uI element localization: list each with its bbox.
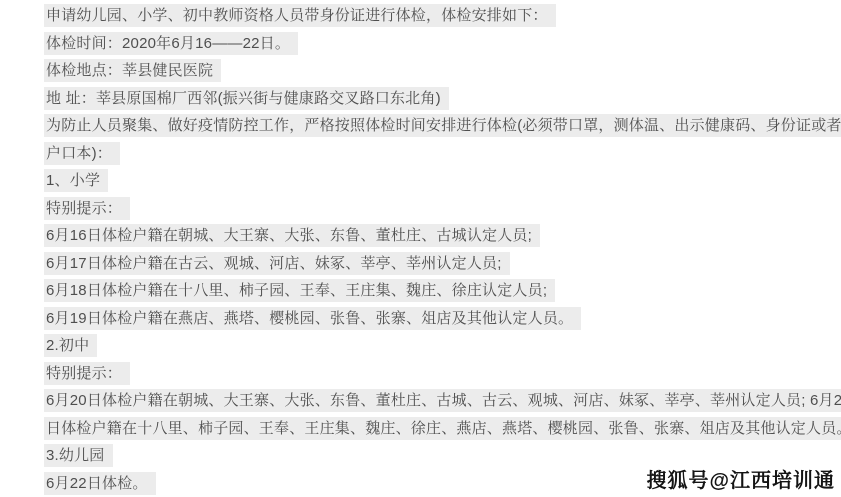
article-line-text: 体检时间：2020年6月16——22日。 — [44, 32, 298, 55]
article-line: 体检地点：莘县健民医院 — [44, 57, 841, 85]
watermark-text: 搜狐号@江西培训通 — [646, 470, 835, 492]
article-line: 6月19日体检户籍在燕店、燕塔、樱桃园、张鲁、张寨、俎店及其他认定人员。 — [44, 305, 841, 333]
article-line: 2.初中 — [44, 332, 841, 360]
article-line-text: 6月18日体检户籍在十八里、柿子园、王奉、王庄集、魏庄、徐庄认定人员; — [44, 279, 555, 302]
article-line-text: 6月22日体检。 — [44, 472, 156, 495]
article-line-text: 户口本)： — [44, 142, 120, 165]
article-line: 6月18日体检户籍在十八里、柿子园、王奉、王庄集、魏庄、徐庄认定人员; — [44, 277, 841, 305]
article-line-text: 为防止人员聚集、做好疫情防控工作，严格按照体检时间安排进行体检(必须带口罩，测体… — [44, 114, 841, 137]
article-line-text: 日体检户籍在十八里、柿子园、王奉、王庄集、魏庄、徐庄、燕店、燕塔、樱桃园、张鲁、… — [44, 417, 841, 440]
article-line: 6月16日体检户籍在朝城、大王寨、大张、东鲁、董杜庄、古城认定人员; — [44, 222, 841, 250]
article-line-text: 地 址：莘县原国棉厂西邻(振兴街与健康路交叉路口东北角) — [44, 87, 449, 110]
article-line: 户口本)： — [44, 140, 841, 168]
article-line: 申请幼儿园、小学、初中教师资格人员带身份证进行体检，体检安排如下： — [44, 2, 841, 30]
article-line: 6月20日体检户籍在朝城、大王寨、大张、东鲁、董杜庄、古城、古云、观城、河店、妹… — [44, 387, 841, 415]
article-line-text: 2.初中 — [44, 334, 97, 357]
article-body: 申请幼儿园、小学、初中教师资格人员带身份证进行体检，体检安排如下：体检时间：20… — [0, 0, 841, 497]
article-line-text: 体检地点：莘县健民医院 — [44, 59, 221, 82]
article-line: 地 址：莘县原国棉厂西邻(振兴街与健康路交叉路口东北角) — [44, 85, 841, 113]
article-line-text: 6月17日体检户籍在古云、观城、河店、妹冢、莘亭、莘州认定人员; — [44, 252, 510, 275]
article-line-text: 6月16日体检户籍在朝城、大王寨、大张、东鲁、董杜庄、古城认定人员; — [44, 224, 540, 247]
article-line-text: 1、小学 — [44, 169, 108, 192]
article-line: 特别提示： — [44, 195, 841, 223]
watermark: 搜狐号@江西培训通 — [646, 464, 835, 493]
article-line-text: 特别提示： — [44, 197, 130, 220]
article-line-text: 特别提示： — [44, 362, 130, 385]
article-line: 特别提示： — [44, 360, 841, 388]
article-line: 体检时间：2020年6月16——22日。 — [44, 30, 841, 58]
article-line: 日体检户籍在十八里、柿子园、王奉、王庄集、魏庄、徐庄、燕店、燕塔、樱桃园、张鲁、… — [44, 415, 841, 443]
article-line: 6月17日体检户籍在古云、观城、河店、妹冢、莘亭、莘州认定人员; — [44, 250, 841, 278]
article-line: 为防止人员聚集、做好疫情防控工作，严格按照体检时间安排进行体检(必须带口罩，测体… — [44, 112, 841, 140]
article-line: 1、小学 — [44, 167, 841, 195]
article-line-text: 6月20日体检户籍在朝城、大王寨、大张、东鲁、董杜庄、古城、古云、观城、河店、妹… — [44, 389, 841, 412]
article-line-text: 申请幼儿园、小学、初中教师资格人员带身份证进行体检，体检安排如下： — [44, 4, 556, 27]
article-line-text: 6月19日体检户籍在燕店、燕塔、樱桃园、张鲁、张寨、俎店及其他认定人员。 — [44, 307, 581, 330]
article-line-text: 3.幼儿园 — [44, 444, 113, 467]
